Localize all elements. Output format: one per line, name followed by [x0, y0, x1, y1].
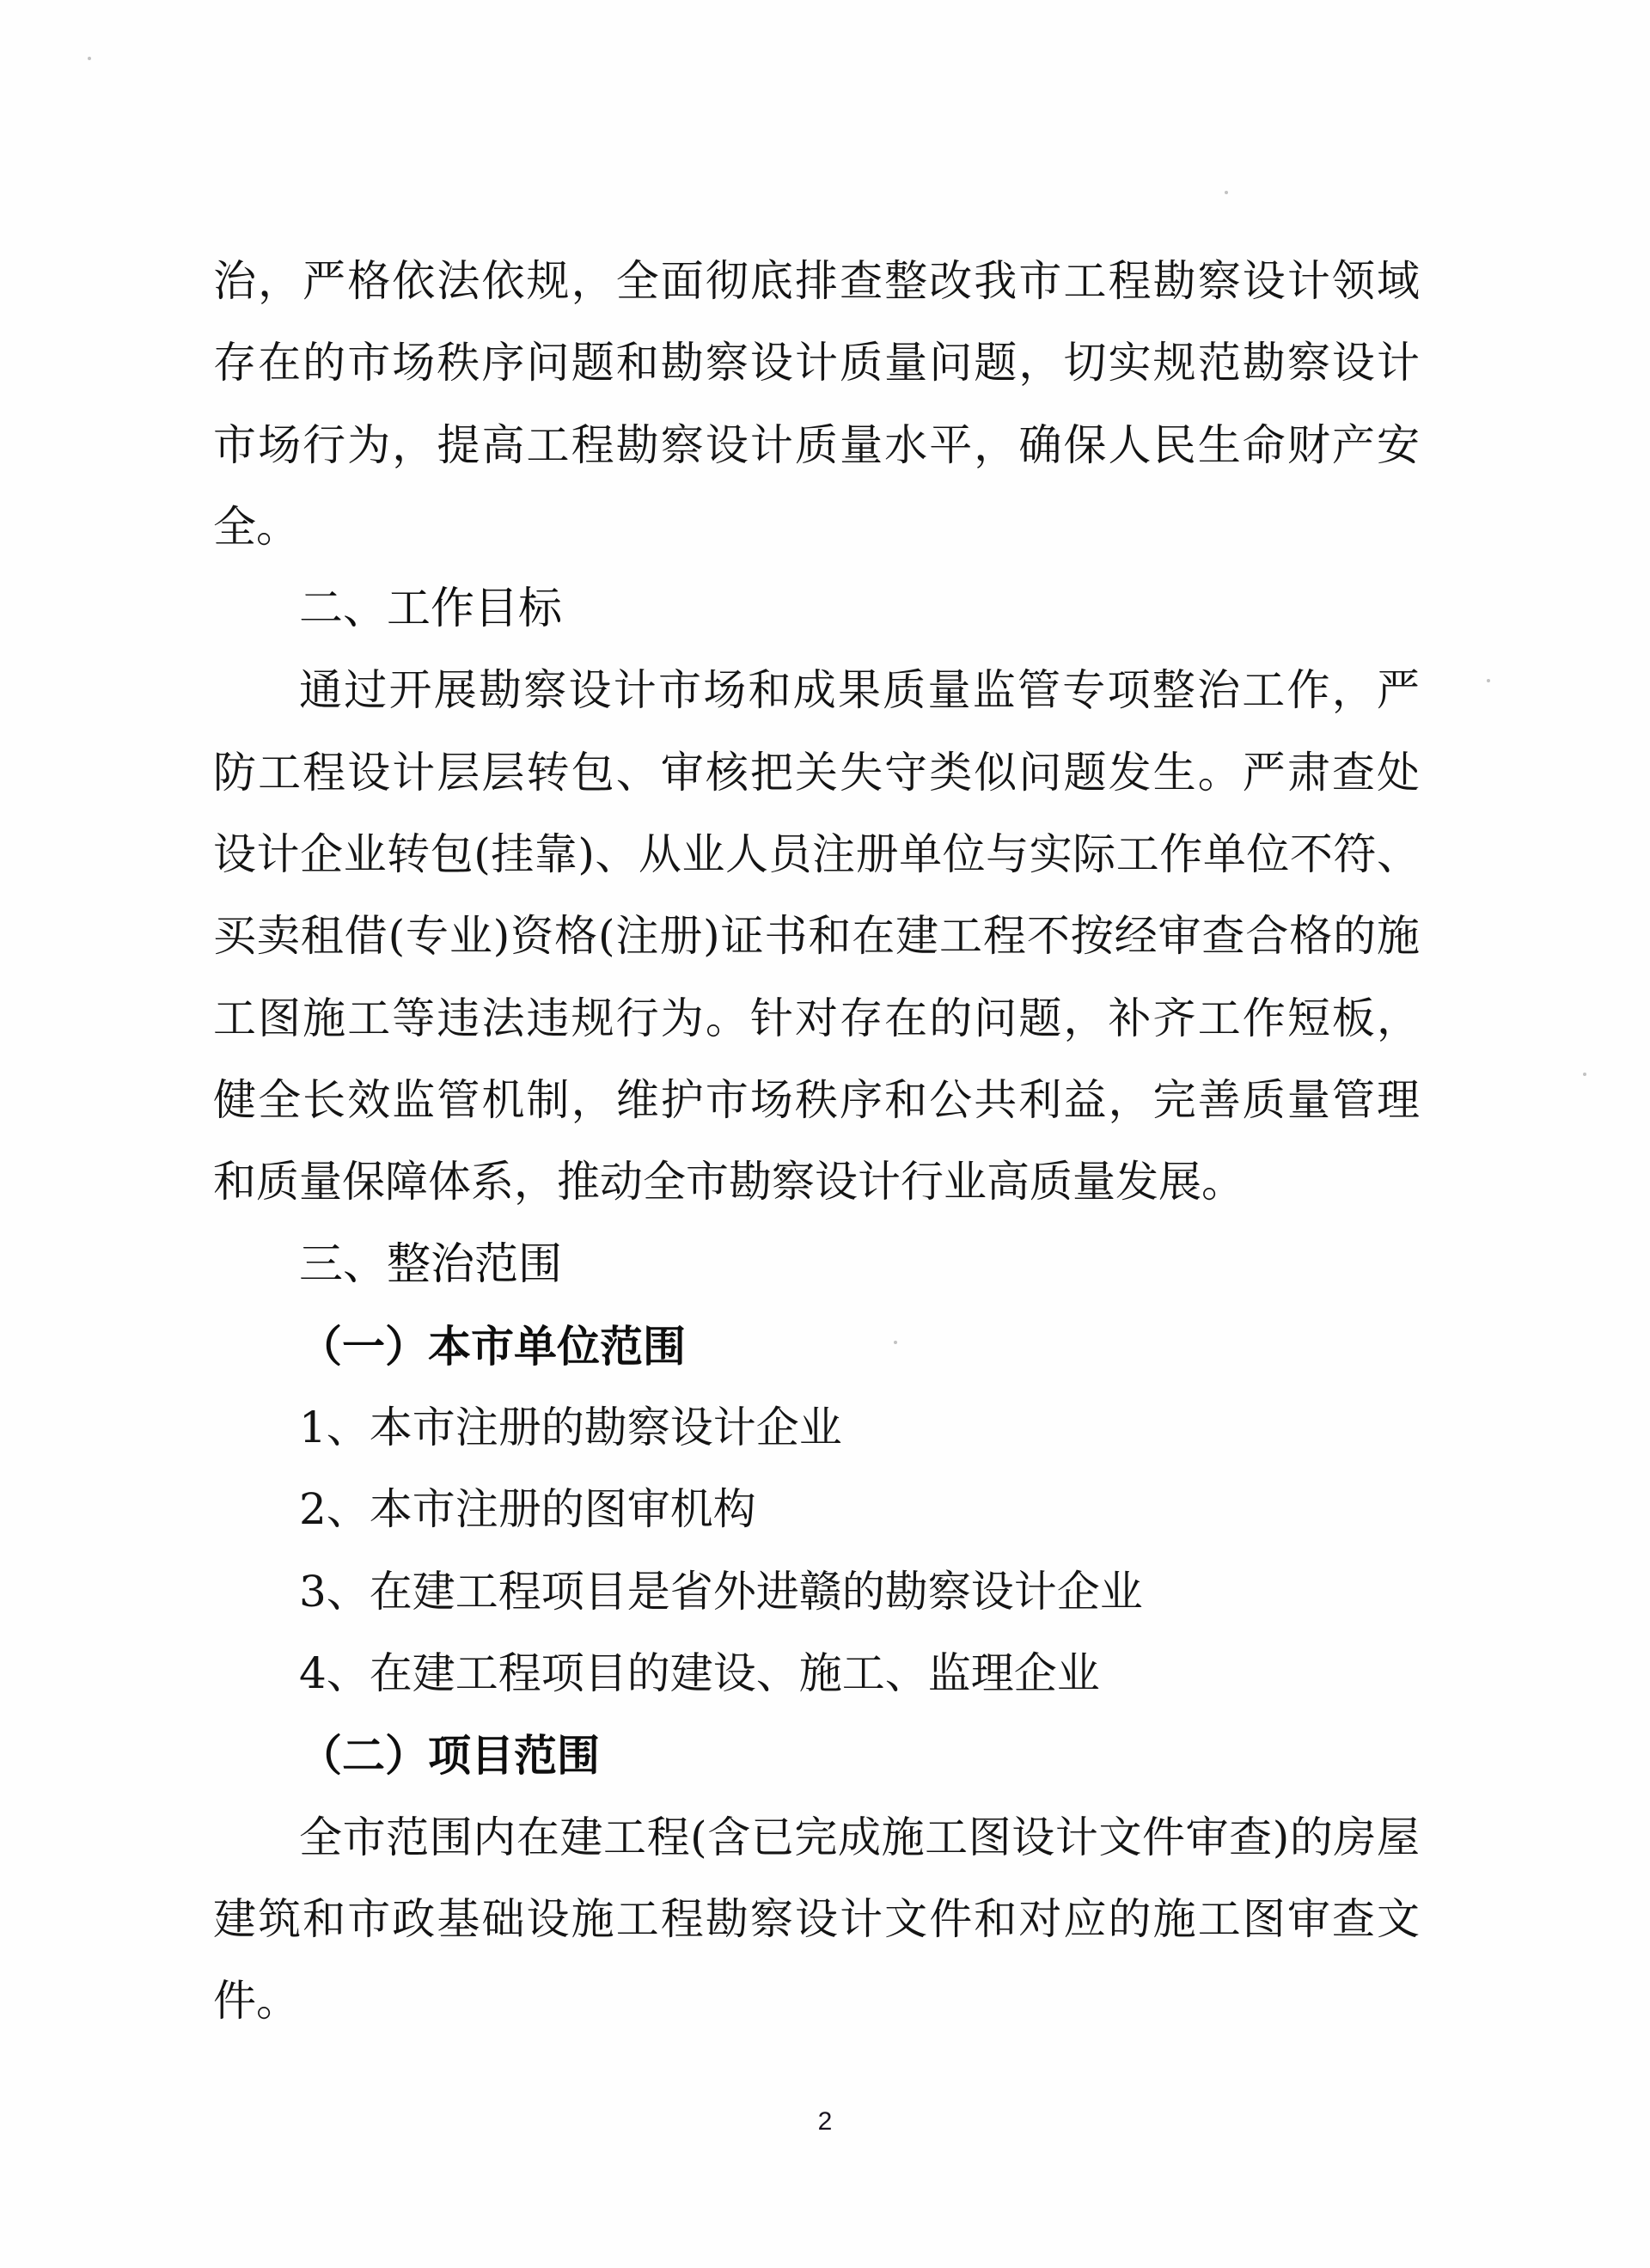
text-line: 买卖租借(专业)资格(注册)证书和在建工程不按经审查合格的施 — [213, 896, 1420, 977]
subsection-heading-local-units: （一）本市单位范围 — [213, 1305, 1420, 1387]
text-line: 防工程设计层层转包、审核把关失守类似问题发生。严肃查处 — [213, 732, 1420, 814]
page-number: 2 — [0, 2107, 1650, 2137]
paragraph-work-goals: 通过开展勘察设计市场和成果质量监管专项整治工作，严 防工程设计层层转包、审核把关… — [213, 650, 1420, 1223]
text-line: 设计企业转包(挂靠)、从业人员注册单位与实际工作单位不符、 — [213, 814, 1420, 896]
section-heading-work-goals: 二、工作目标 — [213, 568, 1420, 650]
text-line: 通过开展勘察设计市场和成果质量监管专项整治工作，严 — [213, 650, 1420, 731]
text-line: 存在的市场秩序问题和勘察设计质量问题，切实规范勘察设计 — [213, 322, 1420, 404]
document-page: 治，严格依法依规，全面彻底排查整改我市工程勘察设计领域 存在的市场秩序问题和勘察… — [0, 0, 1650, 2268]
list-local-units: 1、本市注册的勘察设计企业 2、本市注册的图审机构 3、在建工程项目是省外进赣的… — [213, 1387, 1420, 1715]
scan-speck — [88, 57, 91, 60]
document-body: 治，严格依法依规，全面彻底排查整改我市工程勘察设计领域 存在的市场秩序问题和勘察… — [213, 241, 1420, 2043]
list-item: 2、本市注册的图审机构 — [213, 1469, 1420, 1550]
text-line: 治，严格依法依规，全面彻底排查整改我市工程勘察设计领域 — [213, 241, 1420, 322]
paragraph-project-scope: 全市范围内在建工程(含已完成施工图设计文件审查)的房屋 建筑和市政基础设施工程勘… — [213, 1797, 1420, 2043]
scan-speck — [1583, 1073, 1586, 1076]
text-line: 和质量保障体系，推动全市勘察设计行业高质量发展。 — [213, 1141, 1420, 1223]
list-item: 3、在建工程项目是省外进赣的勘察设计企业 — [213, 1551, 1420, 1633]
scan-speck — [1487, 679, 1490, 682]
text-line: 建筑和市政基础设施工程勘察设计文件和对应的施工图审查文 — [213, 1879, 1420, 1960]
text-line: 全。 — [213, 486, 1420, 568]
text-line: 市场行为，提高工程勘察设计质量水平，确保人民生命财产安 — [213, 405, 1420, 486]
list-item: 4、在建工程项目的建设、施工、监理企业 — [213, 1633, 1420, 1715]
subsection-heading-project-scope: （二）项目范围 — [213, 1715, 1420, 1796]
paragraph-section1-tail: 治，严格依法依规，全面彻底排查整改我市工程勘察设计领域 存在的市场秩序问题和勘察… — [213, 241, 1420, 568]
section-heading-scope: 三、整治范围 — [213, 1224, 1420, 1305]
list-item: 1、本市注册的勘察设计企业 — [213, 1387, 1420, 1469]
text-line: 健全长效监管机制，维护市场秩序和公共利益，完善质量管理 — [213, 1060, 1420, 1141]
text-line: 工图施工等违法违规行为。针对存在的问题，补齐工作短板， — [213, 978, 1420, 1060]
text-line: 件。 — [213, 1960, 1420, 2042]
scan-speck — [1225, 191, 1228, 194]
text-line: 全市范围内在建工程(含已完成施工图设计文件审查)的房屋 — [213, 1797, 1420, 1879]
